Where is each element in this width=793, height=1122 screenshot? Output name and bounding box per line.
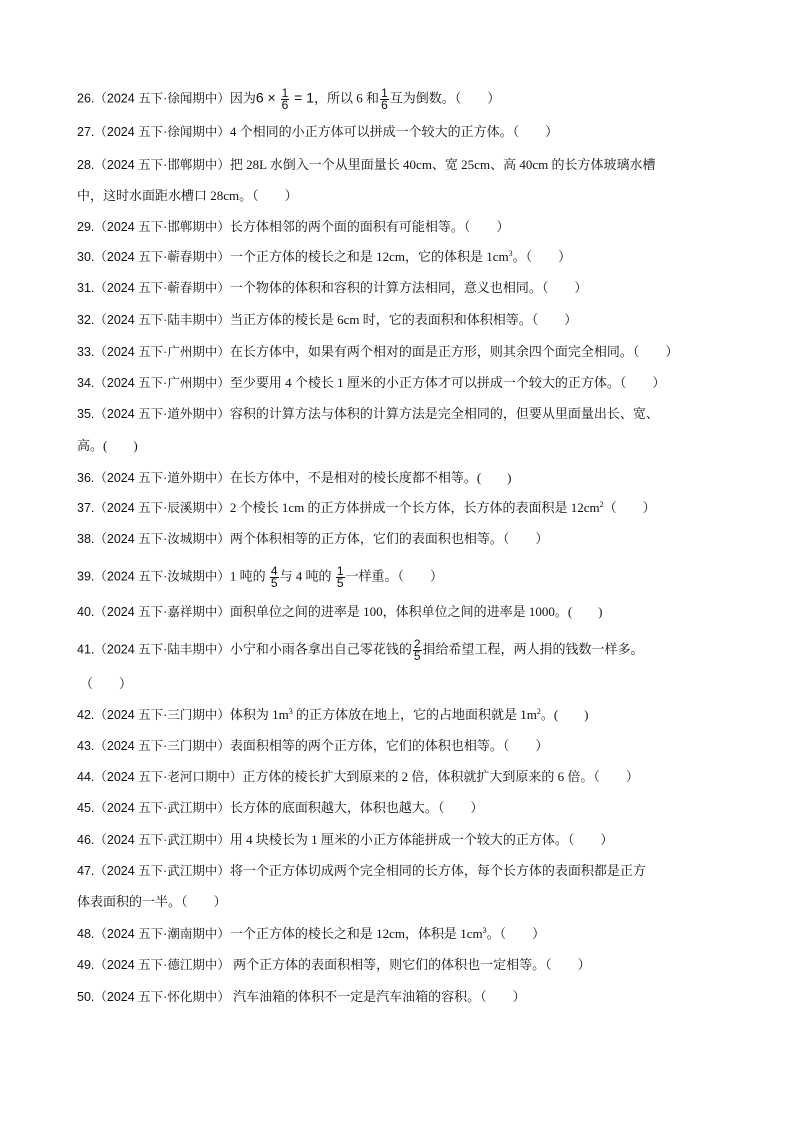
question-34: 34.（2024 五下·广州期中）至少要用 4 个棱长 1 厘米的小正方体才可以…	[77, 375, 665, 391]
question-36: 36.（2024 五下·道外期中）在长方体中，不是相对的棱长度都不相等。( )	[77, 470, 512, 486]
question-47-continued: 体表面积的一半。（ ）	[77, 894, 227, 910]
question-41-continued: （ ）	[80, 676, 132, 692]
question-30: 30.（2024 五下·蕲春期中）一个正方体的棱长之和是 12cm，它的体积是 …	[77, 249, 571, 265]
question-number: 26.	[77, 91, 94, 105]
question-source: （2024 五下·徐闻期中）	[94, 91, 229, 105]
question-27: 27.（2024 五下·徐闻期中）4 个相同的小正方体可以拼成一个较大的正方体。…	[77, 124, 558, 140]
question-35: 35.（2024 五下·道外期中）容积的计算方法与体积的计算方法是完全相同的，但…	[77, 406, 659, 422]
answer-blank: 互为倒数。（ ）	[390, 90, 501, 105]
question-26: 26.（2024 五下·徐闻期中）因为6 × 16 = 1，所以 6 和16互为…	[77, 88, 500, 111]
question-49: 49.（2024 五下·德江期中） 两个正方体的表面积相等，则它们的体积也一定相…	[77, 957, 591, 973]
question-38: 38.（2024 五下·汝城期中）两个体积相等的正方体，它们的表面积也相等。（ …	[77, 531, 548, 547]
fraction: 45	[270, 566, 279, 589]
question-42: 42.（2024 五下·三门期中）体积为 1m3 的正方体放在地上，它的占地面积…	[77, 707, 589, 723]
question-28: 28.（2024 五下·邯郸期中）把 28L 水倒入一个从里面量长 40cm、宽…	[77, 157, 655, 173]
fraction: 15	[336, 566, 345, 589]
question-37: 37.（2024 五下·辰溪期中）2 个棱长 1cm 的正方体拼成一个长方体，长…	[77, 500, 656, 516]
question-47: 47.（2024 五下·武江期中）将一个正方体切成两个完全相同的长方体，每个长方…	[77, 863, 646, 879]
document-page: 26.（2024 五下·徐闻期中）因为6 × 16 = 1，所以 6 和16互为…	[0, 0, 793, 1122]
question-35-continued: 高。( )	[77, 438, 138, 454]
question-48: 48.（2024 五下·潮南期中）一个正方体的棱长之和是 12cm，体积是 1c…	[77, 926, 545, 942]
question-44: 44.（2024 五下·老河口期中）正方体的棱长扩大到原来的 2 倍，体积就扩大…	[77, 769, 639, 785]
fraction: 16	[380, 88, 389, 111]
question-43: 43.（2024 五下·三门期中）表面积相等的两个正方体，它们的体积也相等。（ …	[77, 738, 548, 754]
question-39: 39.（2024 五下·汝城期中）1 吨的 45与 4 吨的 15一样重。（ ）	[77, 566, 443, 589]
fraction: 16	[281, 88, 290, 111]
question-33: 33.（2024 五下·广州期中）在长方体中，如果有两个相对的面是正方形，则其余…	[77, 344, 678, 360]
question-40: 40.（2024 五下·嘉祥期中）面积单位之间的进率是 100，体积单位之间的进…	[77, 604, 603, 620]
question-32: 32.（2024 五下·陆丰期中）当正方体的棱长是 6cm 时，它的表面积和体积…	[77, 312, 577, 328]
fraction: 25	[413, 639, 422, 662]
question-50: 50.（2024 五下·怀化期中） 汽车油箱的体积不一定是汽车油箱的容积。（ ）	[77, 989, 526, 1005]
question-29: 29.（2024 五下·邯郸期中）长方体相邻的两个面的面积有可能相等。（ ）	[77, 219, 509, 235]
question-45: 45.（2024 五下·武江期中）长方体的底面积越大，体积也越大。（ ）	[77, 800, 483, 816]
question-31: 31.（2024 五下·蕲春期中）一个物体的体积和容积的计算方法相同，意义也相同…	[77, 280, 587, 296]
question-46: 46.（2024 五下·武江期中）用 4 块棱长为 1 厘米的小正方体能拼成一个…	[77, 832, 613, 848]
question-41: 41.（2024 五下·陆丰期中）小宁和小雨各拿出自己零花钱的25捐给希望工程，…	[77, 639, 644, 662]
question-28-continued: 中，这时水面距水槽口 28cm。（ ）	[77, 188, 298, 204]
